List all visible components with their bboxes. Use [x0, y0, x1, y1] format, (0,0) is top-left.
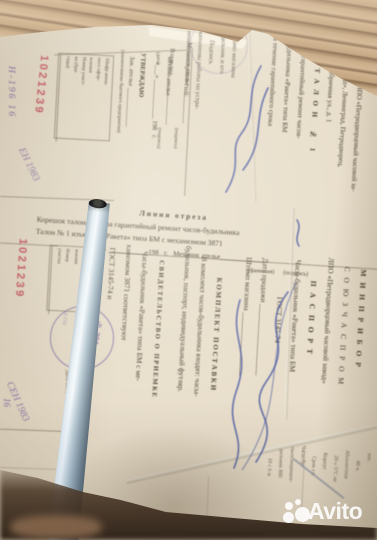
avito-label: Avito: [308, 498, 362, 525]
photo-of-clock-passport: Шифр внеш- него офор- мления Номер участ…: [0, 0, 377, 540]
date-hint: (дата): [148, 52, 160, 80]
avito-watermark: Avito: [279, 492, 375, 534]
foreground-table-edge: [10, 515, 102, 539]
serial-stamp-bottom: 1021239: [0, 237, 29, 322]
margin-note-small: 16: [0, 398, 12, 424]
stub-table-cell-nomer: Номер участ- ка (бри- гады): [56, 54, 90, 143]
year-note-mid: ЕН 1983: [16, 146, 42, 183]
serial-stamp-top: 1021239: [14, 53, 50, 137]
talon-cut-columns: Штамп магазина Будильник и его Подпись В…: [173, 26, 241, 141]
margin-note-top: Н-196 16: [0, 66, 16, 176]
passport-section: М И Н П Р И Б О Р С О Ю З Ч А С П Р О М …: [95, 241, 372, 466]
